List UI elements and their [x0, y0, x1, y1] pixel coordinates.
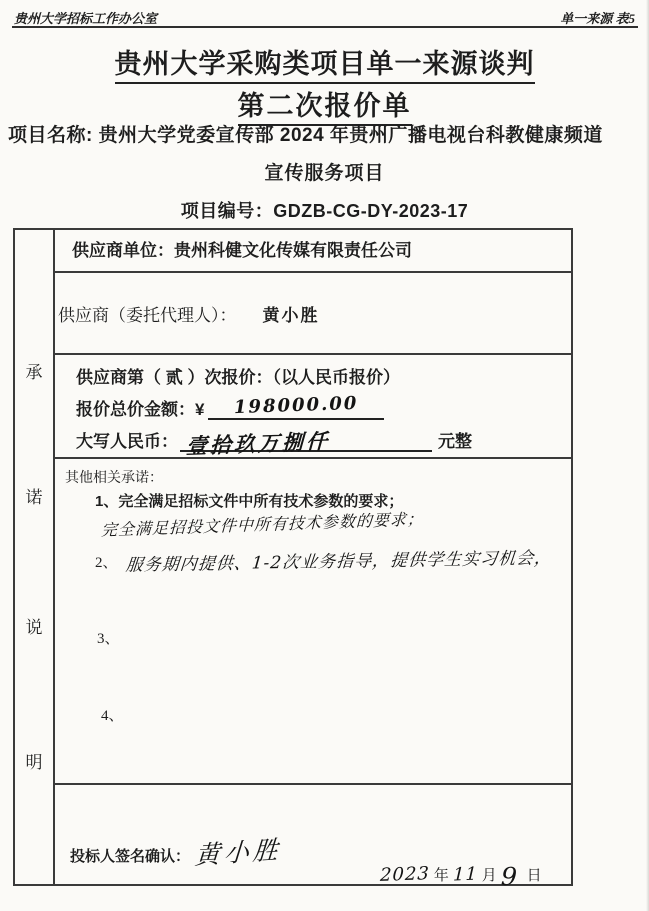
quote-words-label: 大写人民币： [76, 432, 178, 451]
quote-words-handwritten: 壹拾玖万捌仟 [186, 425, 331, 460]
agent-row: 供应商（委托代理人）：黄小胜 [55, 273, 571, 355]
commitment-item1-handwritten: 完全满足招投文件中所有技术参数的要求； [101, 506, 425, 540]
quote-total-blank: 198000.00 [208, 397, 384, 420]
date-day-unit: 日 [527, 868, 542, 884]
quote-total-label: 报价总价金额：¥ [76, 400, 204, 419]
header-rule [12, 26, 638, 28]
commitment-item4-label: 4、 [101, 704, 124, 725]
project-name-line2: 宣传服务项目 [0, 158, 649, 185]
document-title-line1-text: 贵州大学采购类项目单一来源谈判 [115, 49, 535, 84]
signature-handwritten: 黄小胜 [194, 830, 283, 872]
quote-words-blank: 壹拾玖万捌仟 [180, 430, 432, 452]
commitments-row: 其他相关承诺： 1、完全满足招标文件中所有技术参数的要求； 完全满足招投文件中所… [55, 459, 571, 786]
scanned-quotation-form: 贵州大学招标工作办公室 单一来源 表5 贵州大学采购类项目单一来源谈判 第二次报… [0, 0, 649, 911]
commitment-item2-label: 2、 [95, 555, 118, 571]
header-office-name: 贵州大学招标工作办公室 [14, 8, 157, 27]
commitments-heading: 其他相关承诺： [65, 467, 163, 487]
quote-row: 供应商第（ 贰 ）次报价：（以人民币报价） 报价总价金额：¥198000.00 … [55, 355, 571, 459]
commitment-item2-handwritten: 服务期内提供、1-2次业务指导，提供学生实习机会， [124, 543, 553, 575]
header-form-tag: 单一来源 表5 [560, 8, 635, 27]
signature-label: 投标人签名确认： [70, 845, 190, 866]
signature-handwritten-wrap: 黄小胜 [195, 833, 282, 869]
side-char-shuo: 说 [15, 613, 53, 638]
supplier-unit-row: 供应商单位：贵州科健文化传媒有限责任公司 [55, 230, 571, 273]
project-number: 项目编号：GDZB-CG-DY-2023-17 [0, 197, 649, 223]
quotation-table: 承 诺 说 明 供应商单位：贵州科健文化传媒有限责任公司 供应商（委托代理人）：… [13, 228, 573, 886]
project-name-line1: 项目名称: 贵州大学党委宣传部 2024 年贵州广播电视台科教健康频道 [8, 120, 644, 147]
date-year-handwritten: 2023 [380, 864, 431, 887]
document-title-line1: 贵州大学采购类项目单一来源谈判 [0, 42, 649, 81]
date-year-unit: 年 [434, 868, 449, 884]
side-char-nuo: 诺 [15, 483, 53, 508]
date-month-unit: 月 [482, 868, 497, 884]
side-label-column: 承 诺 说 明 [15, 230, 55, 884]
commitment-item2: 2、服务期内提供、1-2次业务指导，提供学生实习机会， [95, 547, 552, 572]
quote-words-suffix: 元整 [438, 432, 472, 451]
agent-label: 供应商（委托代理人）： [58, 306, 237, 325]
signature-row: 投标人签名确认： 黄小胜 2023年11月9日 [55, 785, 571, 884]
document-title-line2: 第二次报价单 [0, 84, 649, 123]
quote-total-line: 报价总价金额：¥198000.00 [76, 395, 571, 420]
side-char-ming: 明 [15, 748, 53, 773]
quote-line1: 供应商第（ 贰 ）次报价：（以人民币报价） [76, 363, 571, 388]
date-day-handwritten: 9 [500, 862, 517, 892]
agent-name: 黄小胜 [263, 306, 320, 325]
date-month-handwritten: 11 [452, 864, 478, 886]
quote-total-handwritten: 198000.00 [234, 393, 359, 418]
form-main-column: 供应商单位：贵州科健文化传媒有限责任公司 供应商（委托代理人）：黄小胜 供应商第… [55, 230, 571, 884]
commitment-item3-label: 3、 [97, 627, 120, 648]
side-char-cheng: 承 [15, 358, 53, 383]
signature-date: 2023年11月9日 [380, 857, 546, 886]
commitment-item1-handwritten-wrap: 完全满足招投文件中所有技术参数的要求； [101, 512, 424, 535]
commitment-item1-printed: 1、完全满足招标文件中所有技术参数的要求； [95, 490, 403, 511]
supplier-unit-text: 供应商单位：贵州科健文化传媒有限责任公司 [72, 241, 412, 260]
quote-words-line: 大写人民币： 壹拾玖万捌仟元整 [76, 427, 571, 452]
